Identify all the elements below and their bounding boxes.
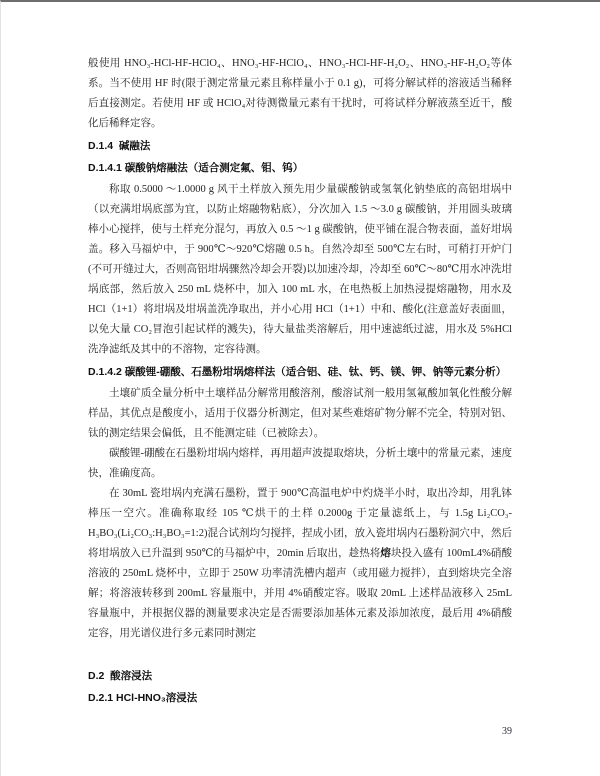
text-run: 般使用 HNO₃-HCl-HF-HClO₄、HNO₃-HF-HClO₄、HNO₃… [88,58,512,129]
section-heading: D.1.4.2 碳酸锂-硼酸、石墨粉坩埚熔样法（适合铝、硅、钛、钙、镁、钾、钠等… [88,362,512,382]
text-run: D.1.4.1 碳酸钠熔融法（适合测定氟、钼、钨） [88,162,303,174]
section-heading: D.1.4 碱融法 [88,136,512,156]
paragraph: 般使用 HNO₃-HCl-HF-HClO₄、HNO₃-HF-HClO₄、HNO₃… [88,54,512,134]
paragraph: 称取 0.5000 ～1.0000 g 风干土样放入预先用少量碳酸钠或氢氧化钠垫… [88,180,512,360]
text-run: D.1.4 碱融法 [88,140,150,152]
page-number: 39 [502,726,512,737]
text-run: 熔 [380,548,391,559]
text-run: 碳酸锂-硼酸在石墨粉坩埚内熔样，再用超声波提取熔块，分析土壤中的常量元素，速度快… [88,448,512,479]
paragraph: 土壤矿质全量分析中土壤样品分解常用酸溶剂，酸溶试剂一般用氢氟酸加氧化性酸分解样品… [88,384,512,444]
text-run: 土壤矿质全量分析中土壤样品分解常用酸溶剂，酸溶试剂一般用氢氟酸加氧化性酸分解样品… [88,388,512,439]
paragraph: 碳酸锂-硼酸在石墨粉坩埚内熔样，再用超声波提取熔块，分析土壤中的常量元素，速度快… [88,444,512,484]
text-run: D.1.4.2 碳酸锂-硼酸、石墨粉坩埚熔样法（适合铝、硅、钛、钙、镁、钾、钠等… [88,366,506,378]
document-page: 般使用 HNO₃-HCl-HF-HClO₄、HNO₃-HF-HClO₄、HNO₃… [0,0,600,776]
text-run: D.2 酸溶浸法 [88,670,152,682]
paragraph-spacer [88,644,512,664]
section-heading: D.2.1 HCl-HNO₃溶浸法 [88,688,512,708]
section-heading: D.1.4.1 碳酸钠熔融法（适合测定氟、钼、钨） [88,158,512,178]
text-run: 称取 0.5000 ～1.0000 g 风干土样放入预先用少量碳酸钠或氢氧化钠垫… [88,184,512,355]
text-run: 块投入盛有 100mL4%硝酸溶液的 250mL 烧杯中，立即于 250W 功率… [88,548,512,639]
paragraph: 在 30mL 瓷坩埚内充满石墨粉，置于 900℃高温电炉中灼烧半小时，取出冷却，… [88,484,512,644]
section-heading: D.2 酸溶浸法 [88,666,512,686]
document-body: 般使用 HNO₃-HCl-HF-HClO₄、HNO₃-HF-HClO₄、HNO₃… [1,2,600,708]
text-run: D.2.1 HCl-HNO₃溶浸法 [88,692,197,704]
